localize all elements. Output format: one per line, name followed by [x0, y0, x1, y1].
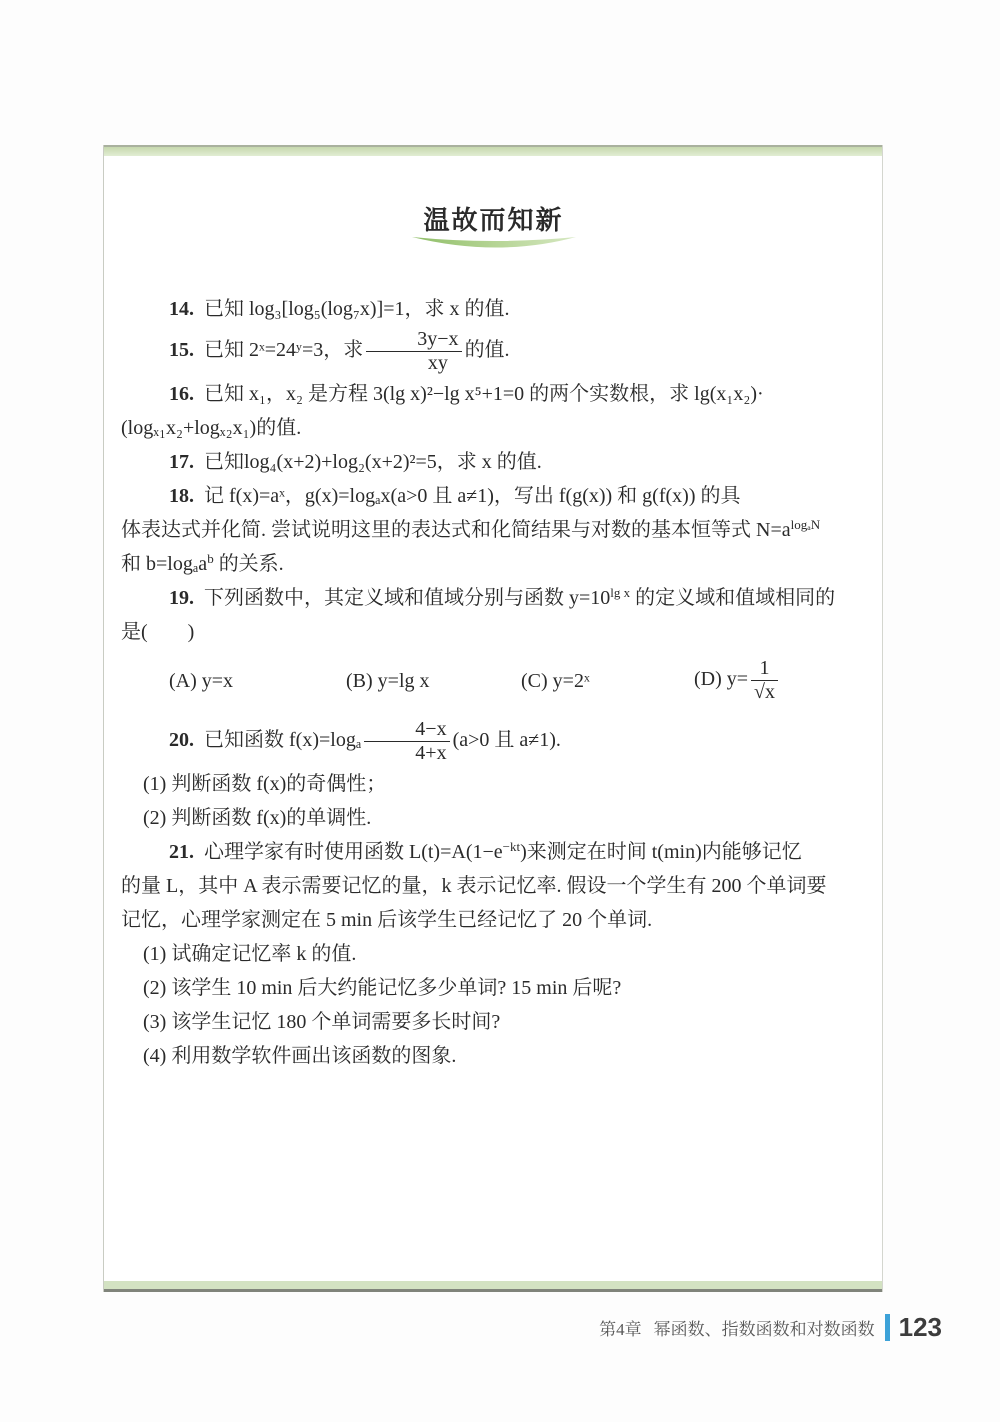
problem-19-options: (A) y=x (B) y=lg x (C) y=2ˣ (D) y=1√x: [121, 655, 866, 706]
fraction: 3y−xxy: [366, 328, 461, 375]
superscript-lg-x: lg x: [610, 585, 630, 600]
problem-15-text-pre: 已知 2ˣ=24ʸ=3，求: [204, 339, 363, 361]
chapter-label: 第4章: [599, 1315, 642, 1340]
problem-19-text-line1-pre: 下列函数中，其定义域和值域分别与函数 y=10: [204, 587, 610, 609]
problem-18-text-line3-pre: 和 b=logₐa: [121, 553, 207, 575]
problem-18-text-line2: 体表达式并化简. 尝试说明这里的表达式和化简结果与对数的基本恒等式 N=a: [121, 519, 791, 541]
badge-underline-arc: [408, 234, 580, 256]
fraction-numerator: 4−x: [364, 718, 449, 742]
option-a: (A) y=x: [169, 664, 346, 698]
problem-21-text-line1-post: )来测定在时间 t(min)内能够记忆: [520, 841, 802, 863]
problem-21-line3: 记忆，心理学家测定在 5 min 后该学生已经记忆了 20 个单词.: [121, 903, 866, 937]
problem-15-text-post: 的值.: [465, 339, 510, 361]
problem-20-text-pre: 已知函数 f(x)=logₐ: [204, 729, 361, 751]
problem-number: 16.: [169, 383, 194, 405]
problem-19-line2: 是( ): [121, 615, 866, 649]
option-c: (C) y=2ˣ: [521, 664, 694, 698]
problem-20: 20.已知函数 f(x)=logₐ4−x4+x(a>0 且 a≠1).: [121, 716, 866, 767]
top-green-band: [104, 145, 882, 156]
problem-number: 20.: [169, 729, 194, 751]
page-frame: 温故而知新 14.已知 log₃[log₅(log₇x)]=1，求 x 的值. …: [103, 145, 883, 1292]
page-footer: 第4章 幂函数、指数函数和对数函数 123: [599, 1312, 942, 1343]
problem-16-text-line1: 已知 x₁，x₂ 是方程 3(lg x)²−lg x⁵+1=0 的两个实数根，求…: [204, 383, 764, 405]
fraction-numerator: 1: [751, 657, 778, 681]
problem-17-text: 已知log₄(x+2)+log₂(x+2)²=5，求 x 的值.: [204, 451, 542, 473]
superscript-log-identity: logₐN: [791, 517, 821, 532]
problem-16-line1: 16.已知 x₁，x₂ 是方程 3(lg x)²−lg x⁵+1=0 的两个实数…: [121, 377, 866, 411]
problem-20-item2: (2) 判断函数 f(x)的单调性.: [121, 801, 866, 835]
problem-21-item1: (1) 试确定记忆率 k 的值.: [121, 937, 866, 971]
problem-20-text-post: (a>0 且 a≠1).: [453, 729, 561, 751]
fraction-denominator: xy: [366, 352, 461, 375]
problem-14-text: 已知 log₃[log₅(log₇x)]=1，求 x 的值.: [204, 298, 510, 320]
fraction-numerator: 3y−x: [366, 328, 461, 352]
option-b: (B) y=lg x: [346, 664, 521, 698]
chapter-title: 幂函数、指数函数和对数函数: [654, 1315, 875, 1340]
option-d: (D) y=1√x: [694, 655, 781, 706]
problem-number: 19.: [169, 587, 194, 609]
page-number: 123: [899, 1312, 942, 1343]
section-badge: 温故而知新: [121, 206, 866, 256]
problem-number: 21.: [169, 841, 194, 863]
problem-21-item4: (4) 利用数学软件画出该函数的图象.: [121, 1039, 866, 1073]
superscript-neg-kt: −kt: [503, 839, 520, 854]
page-content: 温故而知新 14.已知 log₃[log₅(log₇x)]=1，求 x 的值. …: [104, 156, 882, 1073]
problem-17: 17.已知log₄(x+2)+log₂(x+2)²=5，求 x 的值.: [121, 445, 866, 479]
fraction: 4−x4+x: [364, 718, 449, 765]
problem-18-text-line1: 记 f(x)=aˣ，g(x)=logₐx(a>0 且 a≠1)，写出 f(g(x…: [204, 485, 740, 507]
problem-18-text-line3-post: 的关系.: [214, 553, 284, 575]
fraction: 1√x: [751, 657, 778, 704]
problem-15: 15.已知 2ˣ=24ʸ=3，求3y−xxy的值.: [121, 326, 866, 377]
problem-14: 14.已知 log₃[log₅(log₇x)]=1，求 x 的值.: [121, 292, 866, 326]
problem-number: 14.: [169, 298, 194, 320]
problem-21-text-line1-pre: 心理学家有时使用函数 L(t)=A(1−e: [204, 841, 503, 863]
fraction-denominator: √x: [751, 681, 778, 704]
problem-18-line1: 18.记 f(x)=aˣ，g(x)=logₐx(a>0 且 a≠1)，写出 f(…: [121, 479, 866, 513]
problem-19-text-line2: 是( ): [121, 621, 194, 643]
problem-19-line1: 19.下列函数中，其定义域和值域分别与函数 y=10lg x 的定义域和值域相同…: [121, 581, 866, 615]
fraction-denominator: 4+x: [364, 742, 449, 765]
section-badge-title: 温故而知新: [121, 206, 866, 236]
problem-21-line1: 21.心理学家有时使用函数 L(t)=A(1−e−kt)来测定在时间 t(min…: [121, 835, 866, 869]
problem-number: 15.: [169, 339, 194, 361]
problem-16-line2: (logₓ₁x₂+logₓ₂x₁)的值.: [121, 411, 866, 445]
problem-number: 17.: [169, 451, 194, 473]
problem-20-item1: (1) 判断函数 f(x)的奇偶性；: [121, 767, 866, 801]
bottom-green-band: [104, 1281, 882, 1292]
problem-number: 18.: [169, 485, 194, 507]
problem-16-text-line2: (logₓ₁x₂+logₓ₂x₁)的值.: [121, 417, 301, 439]
problem-21-line2: 的量 L，其中 A 表示需要记忆的量，k 表示记忆率. 假设一个学生有 200 …: [121, 869, 866, 903]
problem-18-line3: 和 b=logₐab 的关系.: [121, 547, 866, 581]
problem-21-item3: (3) 该学生记忆 180 个单词需要多长时间?: [121, 1005, 866, 1039]
divider-bar: [885, 1314, 890, 1341]
problem-21-item2: (2) 该学生 10 min 后大约能记忆多少单词? 15 min 后呢?: [121, 971, 866, 1005]
option-d-pre: (D) y=: [694, 668, 748, 690]
problem-18-line2: 体表达式并化简. 尝试说明这里的表达式和化简结果与对数的基本恒等式 N=alog…: [121, 513, 866, 547]
problem-19-text-line1-post: 的定义域和值域相同的: [630, 587, 835, 609]
